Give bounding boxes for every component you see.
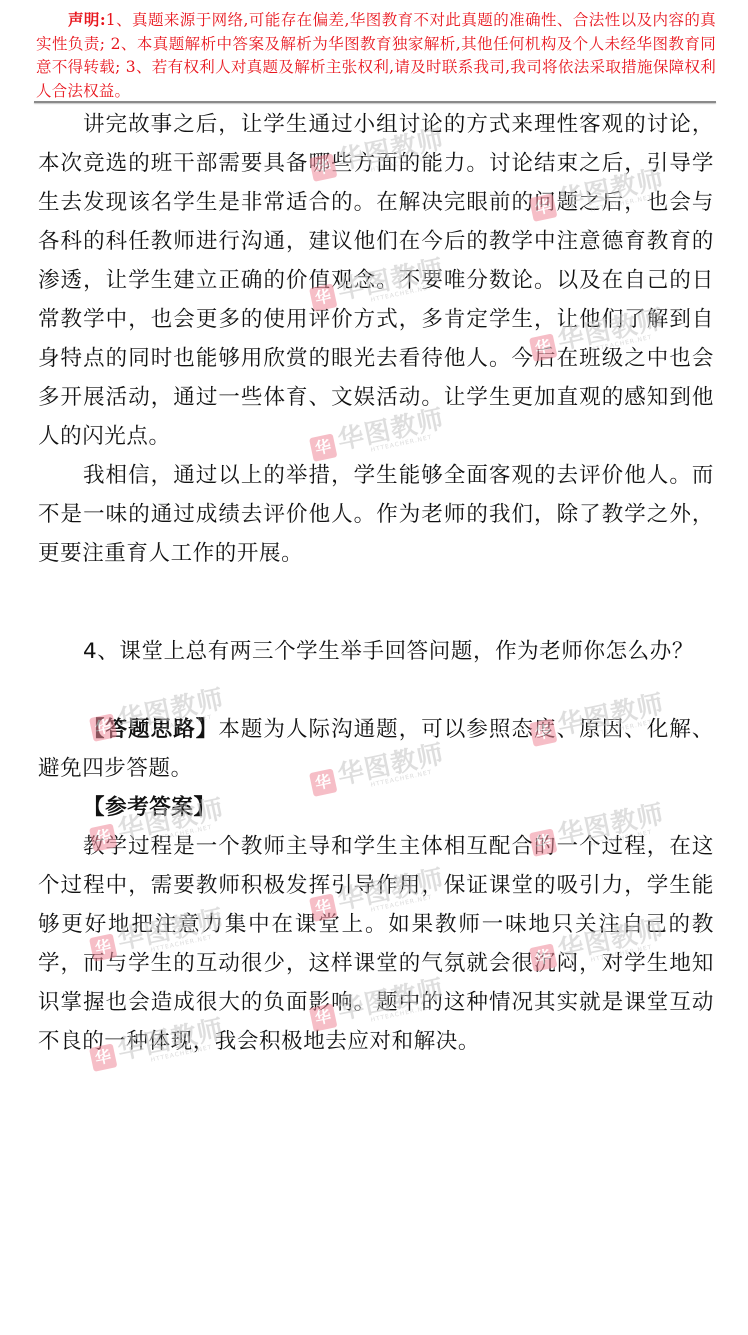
paragraph-story-discussion: 讲完故事之后，让学生通过小组讨论的方式来理性客观的讨论，本次竞选的班干部需要具备… <box>38 105 714 456</box>
approach-label: 【答题思路】 <box>83 717 218 742</box>
paragraph-conclusion: 我相信，通过以上的举措，学生能够全面客观的去评价他人。而不是一味的通过成绩去评价… <box>38 456 714 573</box>
answer-heading: 【参考答案】 <box>38 788 714 827</box>
answer-paragraph: 教学过程是一个教师主导和学生主体相互配合的一个过程，在这个过程中，需要教师积极发… <box>38 827 714 1061</box>
disclaimer-notice: 声明:1、真题来源于网络,可能存在偏差,华图教育不对此真题的准确性、合法性以及内… <box>36 8 716 103</box>
disclaimer-lead: 声明: <box>68 10 106 29</box>
approach-paragraph: 【答题思路】本题为人际沟通题，可以参照态度、原因、化解、避免四步答题。 <box>38 710 714 788</box>
header-divider <box>34 101 716 103</box>
question-title: 4、课堂上总有两三个学生举手回答问题，作为老师你怎么办？ <box>38 632 714 671</box>
disclaimer-text: 1、真题来源于网络,可能存在偏差,华图教育不对此真题的准确性、合法性以及内容的真… <box>36 11 716 100</box>
question-section: 4、课堂上总有两三个学生举手回答问题，作为老师你怎么办？ 【答题思路】本题为人际… <box>38 632 714 1061</box>
answer-continuation: 讲完故事之后，让学生通过小组讨论的方式来理性客观的讨论，本次竞选的班干部需要具备… <box>38 105 714 573</box>
answer-label: 【参考答案】 <box>83 795 216 820</box>
